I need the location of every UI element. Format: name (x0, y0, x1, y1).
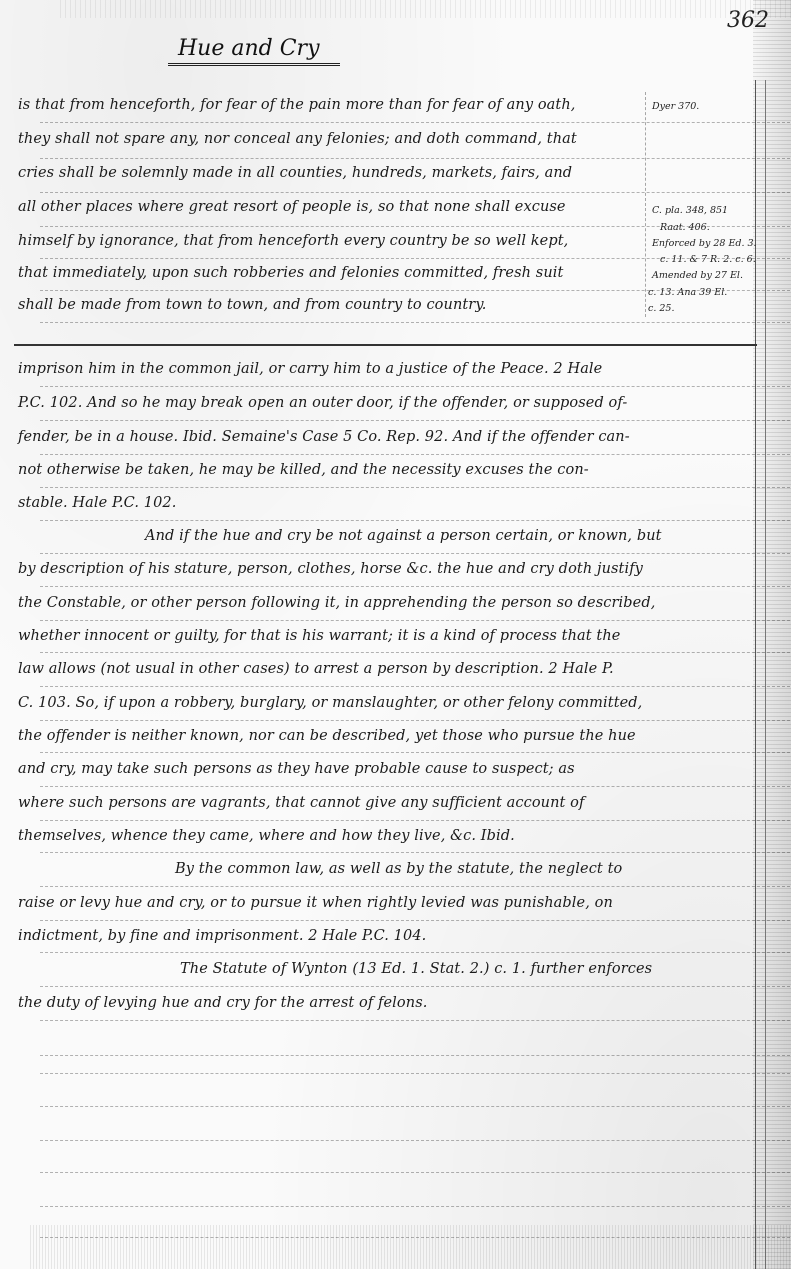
ruled-line (40, 1073, 790, 1075)
manuscript-page: 362 Hue and Cry is that from henceforth,… (0, 0, 791, 1269)
text-line: is that from henceforth, for fear of the… (18, 97, 638, 113)
ruled-line (40, 386, 790, 388)
ruled-line (40, 952, 790, 954)
text-line: P.C. 102. And so he may break open an ou… (18, 395, 758, 411)
text-line: the Constable, or other person following… (18, 595, 758, 611)
margin-citation: Dyer 370. (652, 101, 757, 112)
ruled-line (40, 986, 790, 988)
text-line: not otherwise be taken, he may be killed… (18, 462, 758, 478)
ruled-line (40, 852, 790, 854)
text-line: By the common law, as well as by the sta… (175, 861, 760, 877)
ruled-line (40, 720, 790, 722)
ruled-line (40, 1055, 790, 1057)
ruled-line (40, 454, 790, 456)
text-line: fender, be in a house. Ibid. Semaine's C… (18, 429, 758, 445)
ruled-line (40, 1106, 790, 1108)
text-line: the duty of levying hue and cry for the … (18, 995, 758, 1011)
text-line: raise or levy hue and cry, or to pursue … (18, 895, 758, 911)
ruled-line (40, 886, 790, 888)
ruled-line (40, 192, 790, 194)
ruled-line (40, 1172, 790, 1174)
ruled-line (40, 752, 790, 754)
ruled-line (40, 586, 790, 588)
text-line: cries shall be solemnly made in all coun… (18, 165, 638, 181)
ruled-line (40, 820, 790, 822)
ruled-line (40, 920, 790, 922)
scan-noise-bottom (30, 1225, 791, 1269)
margin-citation: Enforced by 28 Ed. 3. (652, 238, 757, 249)
ruled-line (40, 620, 790, 622)
scan-noise-top (60, 0, 791, 18)
margin-citation: Raat. 406. (660, 222, 765, 233)
margin-citation: Amended by 27 El. (652, 270, 757, 281)
text-line: whether innocent or guilty, for that is … (18, 628, 758, 644)
text-line: And if the hue and cry be not against a … (145, 528, 760, 544)
text-line: where such persons are vagrants, that ca… (18, 795, 758, 811)
margin-column-rule (645, 92, 647, 317)
text-line: all other places where great resort of p… (18, 199, 638, 215)
margin-citation: c. 25. (648, 303, 753, 314)
page-title: Hue and Cry (168, 36, 340, 66)
text-line: that immediately, upon such robberies an… (18, 265, 638, 281)
text-line: himself by ignorance, that from hencefor… (18, 233, 638, 249)
ruled-line (40, 520, 790, 522)
text-line: law allows (not usual in other cases) to… (18, 661, 758, 677)
ruled-line (40, 1206, 790, 1208)
ruled-line (40, 122, 790, 124)
text-line: indictment, by fine and imprisonment. 2 … (18, 928, 758, 944)
text-line: they shall not spare any, nor conceal an… (18, 131, 638, 147)
text-line: stable. Hale P.C. 102. (18, 495, 758, 511)
ruled-line (40, 553, 790, 555)
ruled-line (40, 686, 790, 688)
ruled-line (40, 158, 790, 160)
page-number: 362 (727, 8, 769, 33)
text-line: the offender is neither known, nor can b… (18, 728, 758, 744)
text-line: by description of his stature, person, c… (18, 561, 758, 577)
ruled-line (40, 487, 790, 489)
page-binding-edge (753, 0, 791, 1269)
text-line: shall be made from town to town, and fro… (18, 297, 638, 313)
margin-citation: c. 13. Ana 39 El. (648, 287, 753, 298)
ruled-line (40, 652, 790, 654)
section-divider (14, 344, 757, 346)
text-line: themselves, whence they came, where and … (18, 828, 758, 844)
text-line: imprison him in the common jail, or carr… (18, 361, 758, 377)
text-line: and cry, may take such persons as they h… (18, 761, 758, 777)
text-line: The Statute of Wynton (13 Ed. 1. Stat. 2… (180, 961, 760, 977)
ruled-line (40, 1020, 790, 1022)
margin-citation: c. 11. & 7 R. 2. c. 6. (660, 254, 765, 265)
margin-citation: C. pla. 348, 851 (652, 205, 757, 216)
ruled-line (40, 786, 790, 788)
ruled-line (40, 420, 790, 422)
ruled-line (40, 322, 790, 324)
ruled-line (40, 1140, 790, 1142)
text-line: C. 103. So, if upon a robbery, burglary,… (18, 695, 758, 711)
